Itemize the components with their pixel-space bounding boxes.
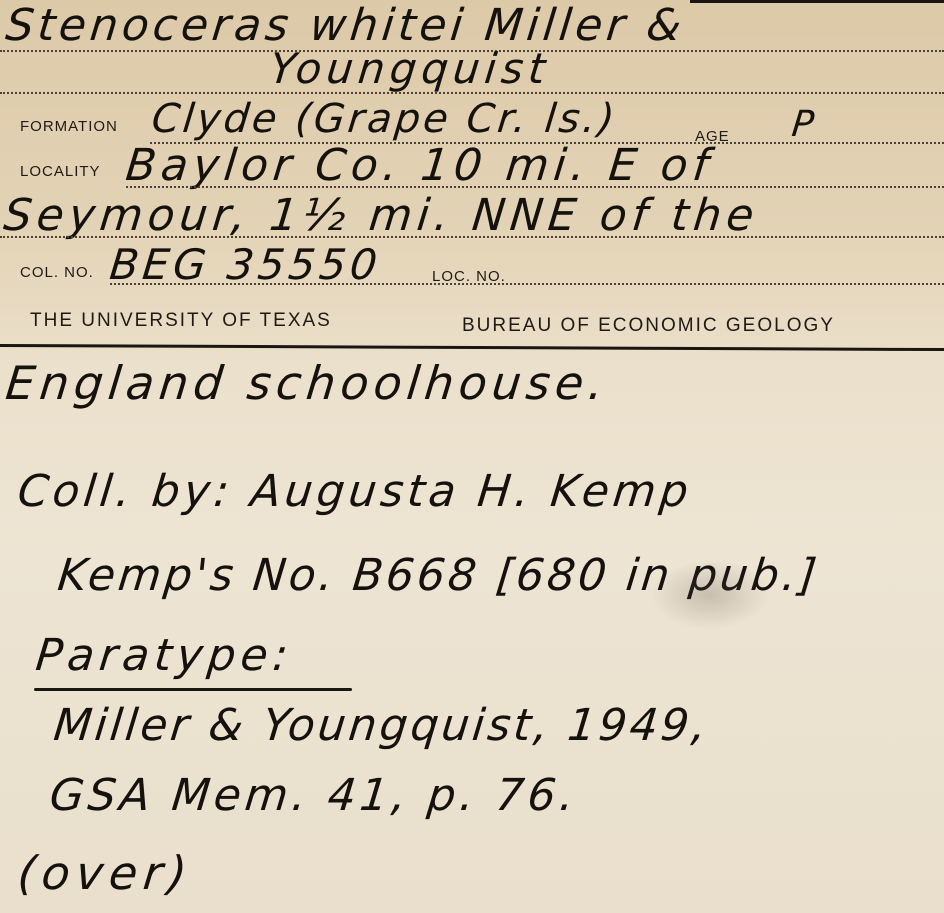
- locality-value-line1: Baylor Co. 10 mi. E of: [123, 140, 716, 191]
- formation-value: Clyde (Grape Cr. ls.): [150, 96, 620, 142]
- locality-label: LOCALITY: [20, 163, 101, 180]
- locality-value-line2: Seymour, 1½ mi. NNE of the: [1, 190, 761, 241]
- type-status-underline: [34, 688, 352, 691]
- dotted-rule: [126, 186, 944, 188]
- dotted-rule: [110, 283, 944, 285]
- header-divider: [0, 344, 944, 351]
- university-name: THE UNIVERSITY OF TEXAS: [30, 310, 332, 332]
- ink-smudge: [650, 560, 770, 630]
- locality-continued: England schoolhouse.: [3, 356, 611, 410]
- specimen-label-card: Stenoceras whitei Miller & Youngquist FO…: [0, 0, 944, 913]
- formation-label: FORMATION: [20, 118, 118, 135]
- taxon-name-line2: Youngquist: [267, 44, 552, 93]
- col-no-label: COL. NO.: [20, 264, 94, 281]
- reference-line2: GSA Mem. 41, p. 76.: [47, 770, 580, 821]
- dotted-rule: [0, 92, 944, 94]
- col-no-value: BEG 35550: [107, 240, 383, 289]
- collected-by: Coll. by: Augusta H. Kemp: [15, 466, 694, 517]
- type-status: Paratype:: [33, 630, 295, 681]
- bureau-name: BUREAU OF ECONOMIC GEOLOGY: [462, 315, 835, 337]
- continuation-note: (over): [15, 846, 195, 900]
- dotted-rule: [0, 236, 944, 238]
- reference-line1: Miller & Youngquist, 1949,: [51, 700, 711, 751]
- age-value: P: [790, 104, 819, 145]
